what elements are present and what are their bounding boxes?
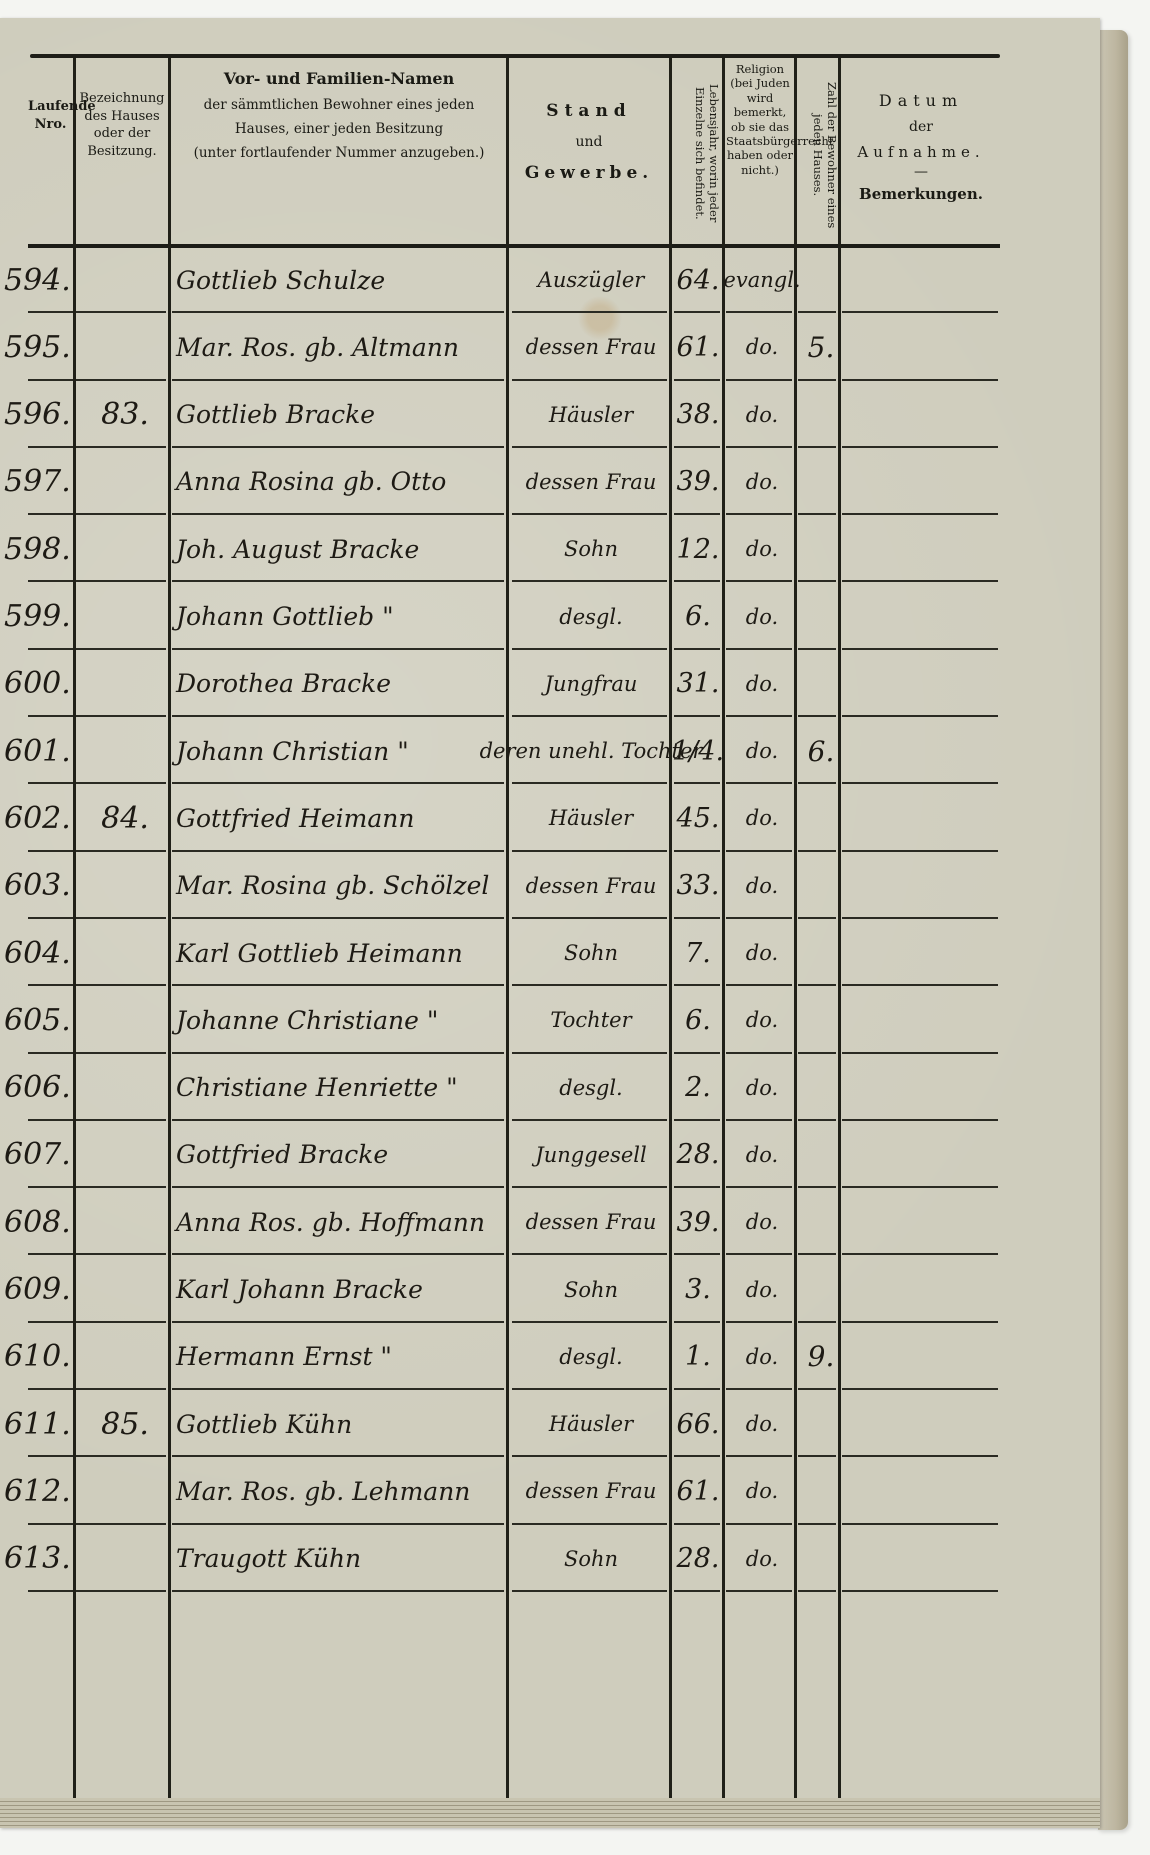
age-cell: 1. [672,1331,724,1383]
status-occupation-cell: Häusler [512,792,670,844]
table-row: 609.Karl Johann BrackeSohn3.do. [0,1256,1000,1323]
house-number-cell [82,725,168,777]
table-row: 600.Dorothea BrackeJungfrau31.do. [0,650,1000,717]
status-occupation-cell: dessen Frau [512,321,670,373]
house-number-cell [82,1465,168,1517]
household-count-cell [798,591,844,643]
age-cell: 61. [672,1465,724,1517]
entry-number-cell: 609. [4,1264,72,1316]
resident-name-cell: Dorothea Bracke [176,658,506,710]
entry-number-cell: 602. [4,792,72,844]
entry-number-cell: 601. [4,725,72,777]
date-remarks-cell [848,254,996,306]
table-row: 603.Mar. Rosina gb. Schölzeldessen Frau3… [0,852,1000,919]
header-col-count: Zahl der Bewohner eines jeden Hauses. [798,73,838,238]
entry-number-cell: 596. [4,389,72,441]
table-row: 599.Johann Gottlieb "desgl.6.do. [0,583,1000,650]
row-rule [172,1590,504,1592]
house-number-cell: 84. [82,792,168,844]
status-occupation-cell: Jungfrau [512,658,670,710]
header-col-house: Bezeichnung des Hauses oder der Besitzun… [76,90,168,160]
date-remarks-cell [848,523,996,575]
entry-number-cell: 606. [4,1062,72,1114]
age-cell: 28. [672,1533,724,1585]
age-cell: 1/4. [672,725,724,777]
religion-cell: do. [728,321,796,373]
resident-name-cell: Karl Johann Bracke [176,1264,506,1316]
date-remarks-cell [848,1062,996,1114]
house-number-cell [82,1331,168,1383]
age-cell: 3. [672,1264,724,1316]
resident-name-cell: Anna Ros. gb. Hoffmann [176,1196,506,1248]
resident-name-cell: Mar. Rosina gb. Schölzel [176,860,506,912]
row-rule [512,1590,667,1592]
house-number-cell [82,591,168,643]
religion-cell: do. [728,1264,796,1316]
status-occupation-cell: desgl. [512,1331,670,1383]
row-rule [842,1590,998,1592]
religion-cell: do. [728,658,796,710]
age-cell: 45. [672,792,724,844]
household-count-cell [798,1465,844,1517]
status-occupation-cell: Sohn [512,1264,670,1316]
entry-number-cell: 595. [4,321,72,373]
status-occupation-cell: dessen Frau [512,860,670,912]
entry-number-cell: 613. [4,1533,72,1585]
entry-number-cell: 612. [4,1465,72,1517]
entry-number-cell: 611. [4,1398,72,1450]
age-cell: 7. [672,927,724,979]
table-row: 597.Anna Rosina gb. Ottodessen Frau39.do… [0,448,1000,515]
age-cell: 66. [672,1398,724,1450]
entry-number-cell: 610. [4,1331,72,1383]
date-remarks-cell [848,994,996,1046]
religion-cell: do. [728,860,796,912]
resident-name-cell: Anna Rosina gb. Otto [176,456,506,508]
table-row: 604.Karl Gottlieb HeimannSohn7.do. [0,919,1000,986]
entry-number-cell: 594. [4,254,72,306]
top-rule [30,54,1000,58]
table-row: 608.Anna Ros. gb. Hoffmanndessen Frau39.… [0,1188,1000,1255]
status-occupation-cell: dessen Frau [512,1465,670,1517]
household-count-cell [798,1062,844,1114]
religion-cell: do. [728,1062,796,1114]
status-occupation-cell: Sohn [512,523,670,575]
house-number-cell [82,1533,168,1585]
status-occupation-cell: dessen Frau [512,1196,670,1248]
date-remarks-cell [848,1331,996,1383]
household-count-cell [798,927,844,979]
household-count-cell: 6. [798,725,844,777]
household-count-cell [798,254,844,306]
header-col-date: Datum der Aufnahme. — Bemerkungen. [842,90,1000,204]
religion-cell: do. [728,1129,796,1181]
resident-name-cell: Mar. Ros. gb. Lehmann [176,1465,506,1517]
resident-name-cell: Mar. Ros. gb. Altmann [176,321,506,373]
age-cell: 61. [672,321,724,373]
house-number-cell: 83. [82,389,168,441]
status-occupation-cell: Sohn [512,927,670,979]
religion-cell: do. [728,927,796,979]
date-remarks-cell [848,456,996,508]
resident-name-cell: Karl Gottlieb Heimann [176,927,506,979]
date-remarks-cell [848,1533,996,1585]
entry-number-cell: 607. [4,1129,72,1181]
household-count-cell [798,1196,844,1248]
house-number-cell [82,321,168,373]
age-cell: 39. [672,456,724,508]
religion-cell: do. [728,725,796,777]
date-remarks-cell [848,389,996,441]
religion-cell: do. [728,1196,796,1248]
status-occupation-cell: Junggesell [512,1129,670,1181]
date-remarks-cell [848,1465,996,1517]
entry-number-cell: 605. [4,994,72,1046]
age-cell: 2. [672,1062,724,1114]
house-number-cell [82,1264,168,1316]
resident-name-cell: Johann Gottlieb " [176,591,506,643]
religion-cell: do. [728,994,796,1046]
age-cell: 31. [672,658,724,710]
house-number-cell: 85. [82,1398,168,1450]
resident-name-cell: Joh. August Bracke [176,523,506,575]
table-row: 607.Gottfried BrackeJunggesell28.do. [0,1121,1000,1188]
resident-name-cell: Gottlieb Kühn [176,1398,506,1450]
resident-name-cell: Hermann Ernst " [176,1331,506,1383]
header-col-religion: Religion (bei Juden wird bemerkt, ob sie… [726,62,794,177]
religion-cell: do. [728,1533,796,1585]
house-number-cell [82,254,168,306]
resident-name-cell: Gottfried Heimann [176,792,506,844]
household-count-cell [798,1533,844,1585]
religion-cell: do. [728,1331,796,1383]
date-remarks-cell [848,927,996,979]
table-row: 611.85.Gottlieb KühnHäusler66.do. [0,1390,1000,1457]
table-row: 605.Johanne Christiane "Tochter6.do. [0,986,1000,1053]
household-count-cell [798,389,844,441]
house-number-cell [82,1062,168,1114]
status-occupation-cell: desgl. [512,1062,670,1114]
house-number-cell [82,994,168,1046]
table-row: 596.83.Gottlieb BrackeHäusler38.do. [0,381,1000,448]
date-remarks-cell [848,792,996,844]
resident-name-cell: Gottlieb Schulze [176,254,506,306]
date-remarks-cell [848,591,996,643]
row-rule [726,1590,792,1592]
house-number-cell [82,1129,168,1181]
resident-name-cell: Gottfried Bracke [176,1129,506,1181]
table-row: 601.Johann Christian "deren unehl. Tocht… [0,717,1000,784]
religion-cell: do. [728,792,796,844]
household-count-cell [798,658,844,710]
house-number-cell [82,658,168,710]
house-number-cell [82,523,168,575]
status-occupation-cell: Häusler [512,389,670,441]
entry-number-cell: 600. [4,658,72,710]
resident-name-cell: Johanne Christiane " [176,994,506,1046]
table-row: 602.84.Gottfried HeimannHäusler45.do. [0,784,1000,851]
header-col-age: Lebensjahr, worin jeder Einzelne sich be… [674,64,720,242]
religion-cell: do. [728,523,796,575]
table-row: 613.Traugott KühnSohn28.do. [0,1525,1000,1592]
household-count-cell [798,1398,844,1450]
table-row: 612.Mar. Ros. gb. Lehmanndessen Frau61.d… [0,1457,1000,1524]
house-number-cell [82,927,168,979]
date-remarks-cell [848,658,996,710]
header-col-number: Laufende Nro. [28,98,73,133]
date-remarks-cell [848,1129,996,1181]
table-row: 606.Christiane Henriette "desgl.2.do. [0,1054,1000,1121]
date-remarks-cell [848,1398,996,1450]
house-number-cell [82,456,168,508]
status-occupation-cell: Tochter [512,994,670,1046]
household-count-cell [798,1129,844,1181]
age-cell: 6. [672,591,724,643]
row-rule [28,1590,73,1592]
table-row: 594.Gottlieb SchulzeAuszügler64.evangl. [0,246,1000,313]
page-stack-edge [1098,30,1128,1830]
household-count-cell [798,792,844,844]
house-number-cell [82,860,168,912]
resident-name-cell: Johann Christian " [176,725,506,777]
religion-cell: do. [728,456,796,508]
age-cell: 39. [672,1196,724,1248]
status-occupation-cell: Auszügler [512,254,670,306]
header-col-stand: Stand und Gewerbe. [510,100,668,185]
entry-number-cell: 599. [4,591,72,643]
resident-name-cell: Traugott Kühn [176,1533,506,1585]
entry-number-cell: 598. [4,523,72,575]
date-remarks-cell [848,321,996,373]
religion-cell: do. [728,389,796,441]
entry-number-cell: 603. [4,860,72,912]
household-count-cell: 5. [798,321,844,373]
household-count-cell [798,860,844,912]
religion-cell: evangl. [728,254,796,306]
household-count-cell [798,994,844,1046]
date-remarks-cell [848,1264,996,1316]
status-occupation-cell: Sohn [512,1533,670,1585]
date-remarks-cell [848,725,996,777]
entry-number-cell: 597. [4,456,72,508]
age-cell: 38. [672,389,724,441]
religion-cell: do. [728,1465,796,1517]
religion-cell: do. [728,1398,796,1450]
row-rule [674,1590,720,1592]
table-row: 610.Hermann Ernst "desgl.1.do.9. [0,1323,1000,1390]
row-rule [76,1590,166,1592]
status-occupation-cell: deren unehl. Tochter [512,725,670,777]
household-count-cell: 9. [798,1331,844,1383]
entry-number-cell: 604. [4,927,72,979]
age-cell: 12. [672,523,724,575]
date-remarks-cell [848,1196,996,1248]
table-row: 598.Joh. August BrackeSohn12.do. [0,515,1000,582]
header-col-names: Vor- und Familien-Namen der sämmtlichen … [172,68,506,162]
household-count-cell [798,523,844,575]
table-row: 595.Mar. Ros. gb. Altmanndessen Frau61.d… [0,313,1000,380]
entry-number-cell: 608. [4,1196,72,1248]
resident-name-cell: Christiane Henriette " [176,1062,506,1114]
age-cell: 6. [672,994,724,1046]
age-cell: 28. [672,1129,724,1181]
age-cell: 64. [672,254,724,306]
row-rule [798,1590,836,1592]
resident-name-cell: Gottlieb Bracke [176,389,506,441]
religion-cell: do. [728,591,796,643]
status-occupation-cell: desgl. [512,591,670,643]
age-cell: 33. [672,860,724,912]
household-count-cell [798,456,844,508]
status-occupation-cell: Häusler [512,1398,670,1450]
register-page: Laufende Nro. Bezeichnung des Hauses ode… [0,18,1100,1828]
date-remarks-cell [848,860,996,912]
household-count-cell [798,1264,844,1316]
house-number-cell [82,1196,168,1248]
status-occupation-cell: dessen Frau [512,456,670,508]
